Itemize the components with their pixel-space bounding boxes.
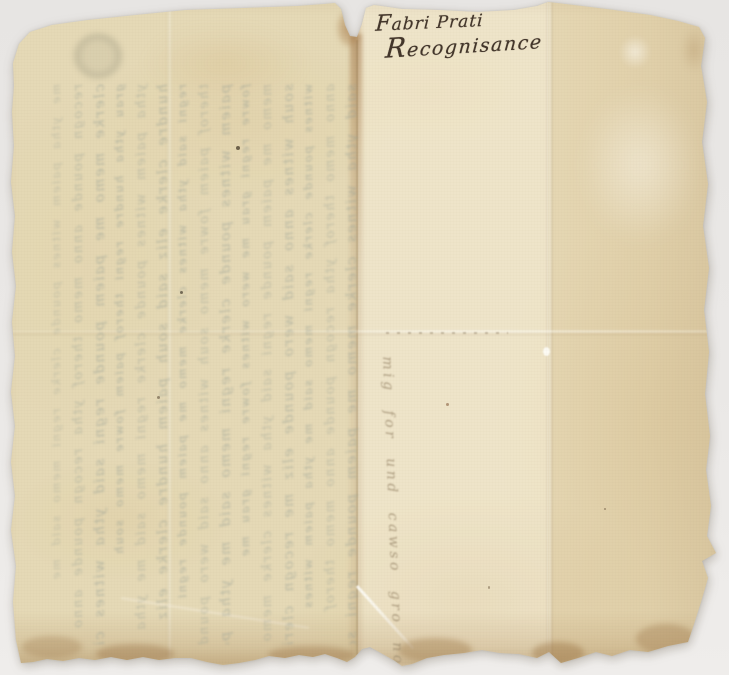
ink-speck xyxy=(236,146,240,150)
tear-notch-stain-top xyxy=(332,2,366,54)
bleedthrough-script-line: anno memo therof ytha recogn pounde anno… xyxy=(320,84,341,640)
bleedthrough-script-line: grau ytha hundre regni therof paiem fowr… xyxy=(109,84,130,640)
edge-stain-blotch xyxy=(268,646,354,664)
endorsement-inscription: Fabri Prati Recognisance xyxy=(369,4,551,64)
edge-stain-blotch xyxy=(636,624,696,654)
bleedthrough-script-line: hundre clerke eliz said souh paiem hundr… xyxy=(153,84,174,640)
bleedthrough-script-line: said ytha witnes clerke memo me paiem po… xyxy=(342,84,358,640)
ink-speck xyxy=(180,291,183,294)
bleedthrough-script-line: witnes pounde clerke regni memo said me … xyxy=(298,84,319,640)
crease-dirt-marks xyxy=(386,332,508,334)
bleedthrough-script-line: souh witnes anno said wero pounde eliz m… xyxy=(279,84,300,640)
manuscript-shadow-wrap: me ytha paiem witnes pounde clerke regni… xyxy=(0,0,729,675)
bleedthrough-text-layer: me ytha paiem witnes pounde clerke regni… xyxy=(46,84,358,644)
ink-speck xyxy=(604,508,606,510)
ink-speck xyxy=(446,403,449,406)
ink-speck xyxy=(488,586,490,589)
bleedthrough-script-line: clerke memo me paiem pounde regni said y… xyxy=(90,84,111,640)
edge-stain-blotch xyxy=(532,642,584,664)
stain-right-top-corner xyxy=(676,20,712,80)
bleedthrough-script-line: paiem witnes pounde clerke regni memo sa… xyxy=(216,84,237,640)
vertical-docket-script: mig for und cawso gro no f xyxy=(376,356,407,629)
bleedthrough-script-line: recogn pounde anno memo therof ytha reco… xyxy=(68,84,89,640)
bleedthrough-script-line: me ytha paiem witnes pounde clerke regni… xyxy=(46,84,67,640)
ink-speck xyxy=(157,396,160,399)
edge-stain-blotch xyxy=(398,638,472,662)
edge-stain-blotch xyxy=(96,644,174,664)
bleedthrough-script-line: fowre regni grau me wero witnes fowre re… xyxy=(235,84,256,640)
photo-backdrop: me ytha paiem witnes pounde clerke regni… xyxy=(0,0,729,675)
bleedthrough-script-line: therof paiem fowre memo souh witnes anno… xyxy=(194,84,215,640)
bleedthrough-script-line: memo me paiem pounde regni said ytha wit… xyxy=(257,84,278,640)
faint-surface-mark xyxy=(612,28,658,76)
bleedthrough-script-line: regni said ytha witnes clerke memo me pa… xyxy=(172,84,193,640)
manuscript-leaf: me ytha paiem witnes pounde clerke regni… xyxy=(0,0,729,675)
bleedthrough-script-line: ytha paiem witnes pounde clerke regni me… xyxy=(131,84,152,640)
damp-patch-highlight xyxy=(560,60,720,270)
surface-nick-highlight xyxy=(543,347,550,356)
